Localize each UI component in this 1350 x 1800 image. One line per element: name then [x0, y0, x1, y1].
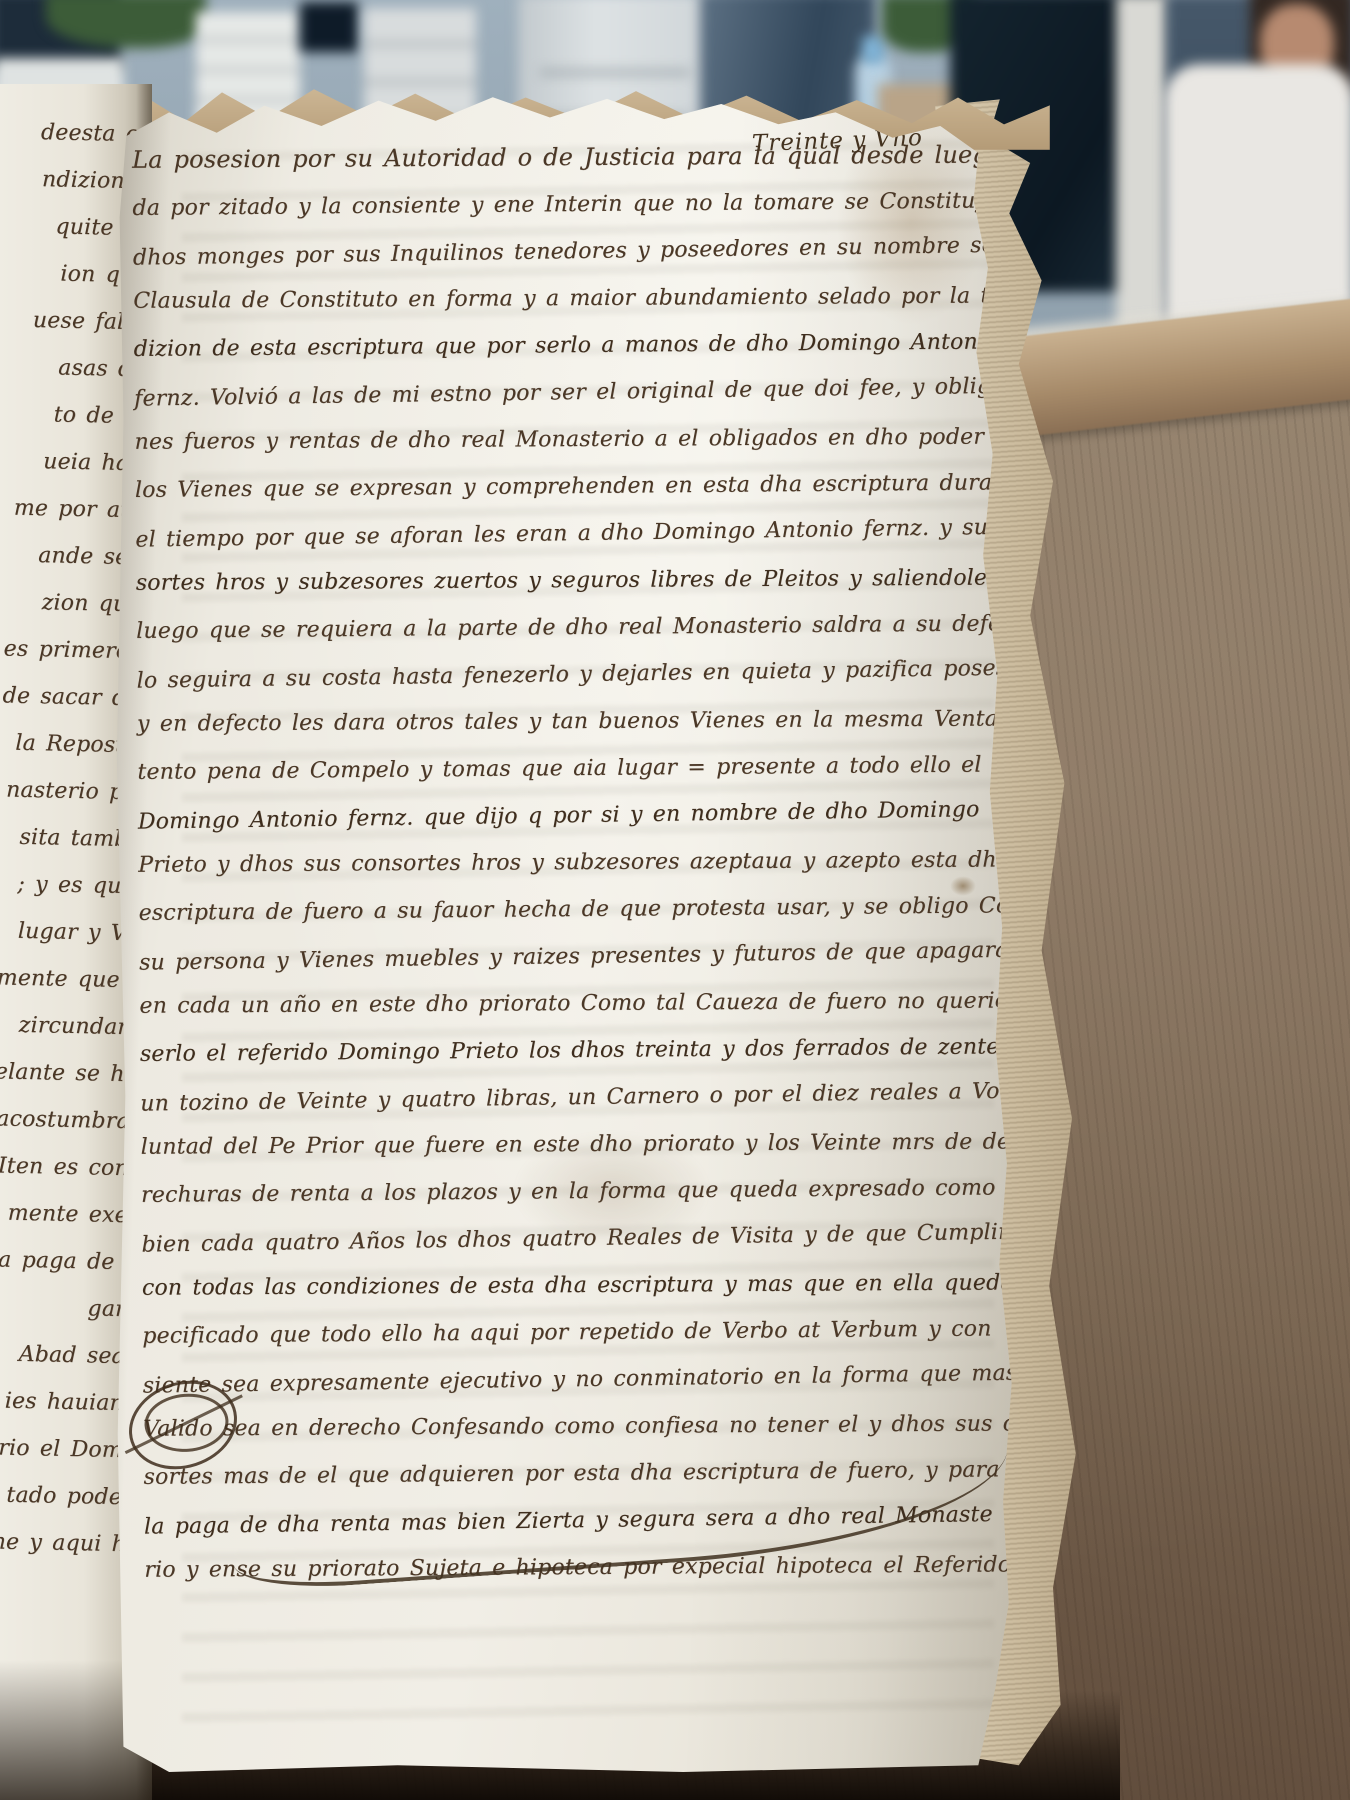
manuscript-line-fragment: rio el Dom: [0, 1424, 123, 1474]
manuscript-line-fragment: mente que en: [0, 954, 133, 1004]
manuscript-line-fragment: elante se han: [0, 1048, 131, 1098]
manuscript-line-fragment: Iten es con: [0, 1142, 129, 1192]
manuscript-line-fragment: me y aqui he: [0, 1518, 121, 1568]
manuscript-line-fragment: mente exe: [0, 1189, 128, 1239]
photo-scene: deesta esndizionesquite seion queuese fa…: [0, 0, 1350, 1800]
manuscript-line: Prieto y dhos sus consortes hros y subze…: [138, 836, 1024, 888]
manuscript-line-fragment: tado pode: [0, 1471, 122, 1521]
manuscript-line-fragment: ; y es que: [0, 860, 135, 910]
manuscript-line-fragment: gar: [0, 1283, 126, 1333]
right-manuscript-page: Treinte y Vno La posesion por su Autorid…: [112, 82, 1064, 1772]
manuscript-line-fragment: sita tambi: [0, 813, 136, 863]
manuscript-line: nes fueros y rentas de dho real Monaster…: [134, 413, 1020, 465]
manuscript-line-fragment: nasterio pa: [0, 766, 137, 816]
manuscript-line-fragment: Abad sea: [0, 1330, 125, 1380]
manuscript-line-fragment: zircundan: [0, 1001, 132, 1051]
manuscript-line-fragment: lugar y Vi: [0, 907, 134, 957]
manuscript-line-fragment: la paga de dha: [0, 1236, 127, 1286]
manuscript-line: con todas las condiziones de esta dha es…: [142, 1259, 1028, 1311]
manuscript-line: Valido sea en derecho Confesando como co…: [143, 1400, 1029, 1452]
manuscript-line: en cada un año en este dho priorato Como…: [139, 977, 1025, 1029]
manuscript-line: y en defecto les dara otros tales y tan …: [137, 695, 1023, 747]
manuscript-line: luntad del Pe Prior que fuere en este dh…: [141, 1118, 1027, 1170]
manuscript-line: Clausula de Constituto en forma y a maio…: [133, 272, 1019, 324]
manuscript-line-fragment: acostumbra: [0, 1095, 130, 1145]
manuscript-text-block: La posesion por su Autoridad o de Justic…: [112, 82, 1064, 1595]
manuscript-line: sortes hros y subzesores zuertos y segur…: [136, 554, 1022, 606]
water-bottle-cap: [862, 36, 884, 64]
manuscript-line-fragment: ies hauian: [0, 1377, 124, 1427]
small-monitor: [300, 2, 358, 52]
